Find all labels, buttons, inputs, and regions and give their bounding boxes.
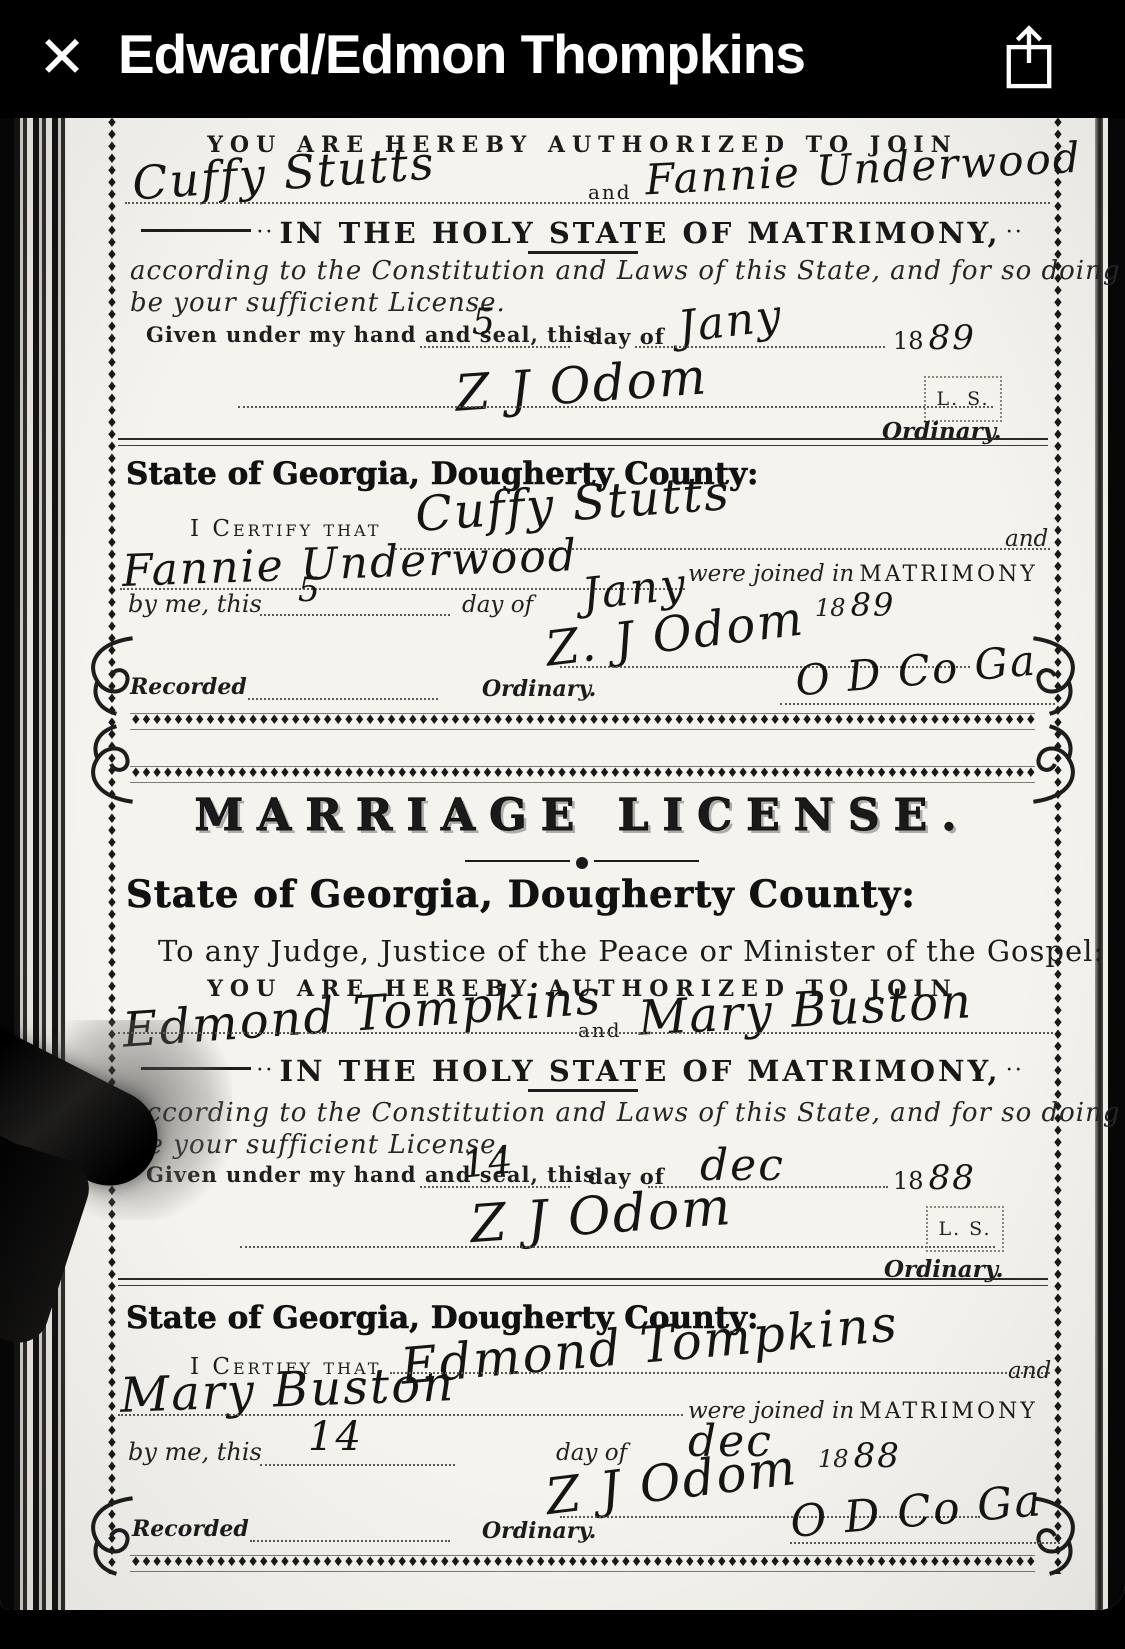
border-right-chain (1050, 118, 1066, 1574)
license-year: 18 88 (893, 1158, 976, 1198)
close-icon[interactable]: ✕ (30, 26, 94, 90)
year-prefix: 18 (815, 594, 846, 622)
dash-ornament (528, 1089, 638, 1092)
border-cert2-bottom-chain (130, 1555, 1035, 1572)
license-day-handwritten: 5 (472, 302, 497, 343)
recorded-label: Recorded (130, 674, 247, 700)
corner-ornament (1028, 718, 1082, 810)
book-page-edges (14, 118, 66, 1610)
license-year: 18 89 (893, 318, 976, 358)
title-divider-ornament (432, 854, 732, 873)
license-title: MARRIAGE LICENSE. (130, 790, 1035, 841)
ls-seal: L. S. (926, 1206, 1004, 1252)
share-icon[interactable] (1003, 24, 1055, 92)
form-line (780, 703, 1055, 705)
section-rule (118, 438, 1048, 446)
dot-ornament: ·· (1006, 1058, 1024, 1083)
photo-left-margin (0, 118, 14, 1610)
clause-line2: be your sufficient License. (130, 288, 506, 318)
joined-label: were joined in (688, 561, 854, 587)
given-label: Given under my hand and seal, this (146, 322, 596, 347)
form-line (260, 614, 450, 616)
year-prefix: 18 (893, 1167, 924, 1195)
certify-day-handwritten: 14 (308, 1414, 363, 1460)
form-line (635, 346, 885, 348)
by-me-label: by me, this (128, 1438, 262, 1466)
and-label: and (578, 1018, 622, 1042)
certify-and-label: and (1008, 1358, 1051, 1384)
day-of-label: day of (462, 592, 533, 618)
form-line (790, 1542, 1060, 1544)
dot-ornament: ·· (256, 1058, 274, 1083)
form-line (240, 1246, 995, 1248)
page-right-edge (1095, 118, 1103, 1610)
clause-line1: according to the Constitution and Laws o… (130, 256, 1125, 286)
salutation-line: To any Judge, Justice of the Peace or Mi… (158, 934, 1104, 968)
form-line (248, 698, 438, 700)
certify-day-handwritten: 5 (298, 570, 322, 610)
ordinary-signature-handwritten: Z J Odom (468, 1177, 734, 1255)
app-header-bar: ✕ Edward/Edmon Thompkins (0, 0, 1125, 118)
recorded-label: Recorded (132, 1516, 249, 1542)
ordinary-label: Ordinary. (482, 676, 596, 702)
certify-year: 18 88 (818, 1436, 901, 1476)
license-month-handwritten: Jany (675, 290, 786, 353)
form-line (420, 1186, 570, 1188)
form-line (125, 202, 1050, 204)
form-line (250, 1540, 450, 1542)
by-me-label: by me, this (128, 590, 262, 618)
section-rule (118, 1278, 1048, 1286)
form-line (390, 1372, 1050, 1374)
form-line (420, 346, 570, 348)
border-cert1-bottom-chain (130, 713, 1035, 730)
form-line (118, 1414, 683, 1416)
dash-ornament (141, 229, 251, 232)
county-heading-large: State of Georgia, Dougherty County: (126, 872, 916, 916)
joined-line: were joined in MATRIMONY (688, 561, 1038, 587)
form-line (260, 1464, 455, 1466)
dot-ornament: ·· (256, 220, 274, 245)
license-day-handwritten: 14 (460, 1137, 517, 1186)
form-line (238, 406, 993, 408)
document-photo-viewport[interactable]: YOU ARE HEREBY AUTHORIZED TO JOIN Cuffy … (0, 118, 1125, 1610)
matrimony-word: MATRIMONY (859, 1399, 1037, 1424)
corner-ornament (84, 1490, 138, 1582)
year-handwritten: 88 (929, 1158, 976, 1198)
year-handwritten: 89 (851, 586, 896, 624)
ordinary-label: Ordinary. (482, 1518, 596, 1544)
certify-signature2-handwritten: O D Co Ga (793, 636, 1039, 706)
screen: { "header": { "title": "Edward/Edmon Tho… (0, 0, 1125, 1649)
year-handwritten: 89 (929, 318, 976, 358)
page-title: Edward/Edmon Thompkins (118, 22, 805, 86)
clause-line1: according to the Constitution and Laws o… (130, 1098, 1125, 1128)
certify-year: 18 89 (815, 586, 895, 624)
year-prefix: 18 (893, 327, 924, 355)
year-handwritten: 88 (854, 1436, 901, 1476)
matrimony-text: IN THE HOLY STATE OF MATRIMONY, (279, 216, 1000, 250)
year-prefix: 18 (818, 1445, 849, 1473)
dot-ornament: ·· (1006, 220, 1024, 245)
photo-right-margin (1108, 118, 1125, 1610)
ls-seal: L. S. (924, 376, 1002, 422)
border-left-chain (104, 118, 120, 1574)
ordinary-signature-handwritten: Z J Odom (453, 347, 710, 423)
certify-signature2-handwritten: O D Co Ga (788, 1475, 1044, 1548)
form-line (118, 1032, 1053, 1034)
matrimony-word: MATRIMONY (859, 562, 1037, 587)
certify-and-label: and (1005, 526, 1048, 552)
border-cert2-top-chain (130, 766, 1035, 783)
matrimony-text: IN THE HOLY STATE OF MATRIMONY, (279, 1054, 1000, 1088)
and-label: and (588, 180, 632, 204)
dash-ornament (528, 251, 638, 254)
